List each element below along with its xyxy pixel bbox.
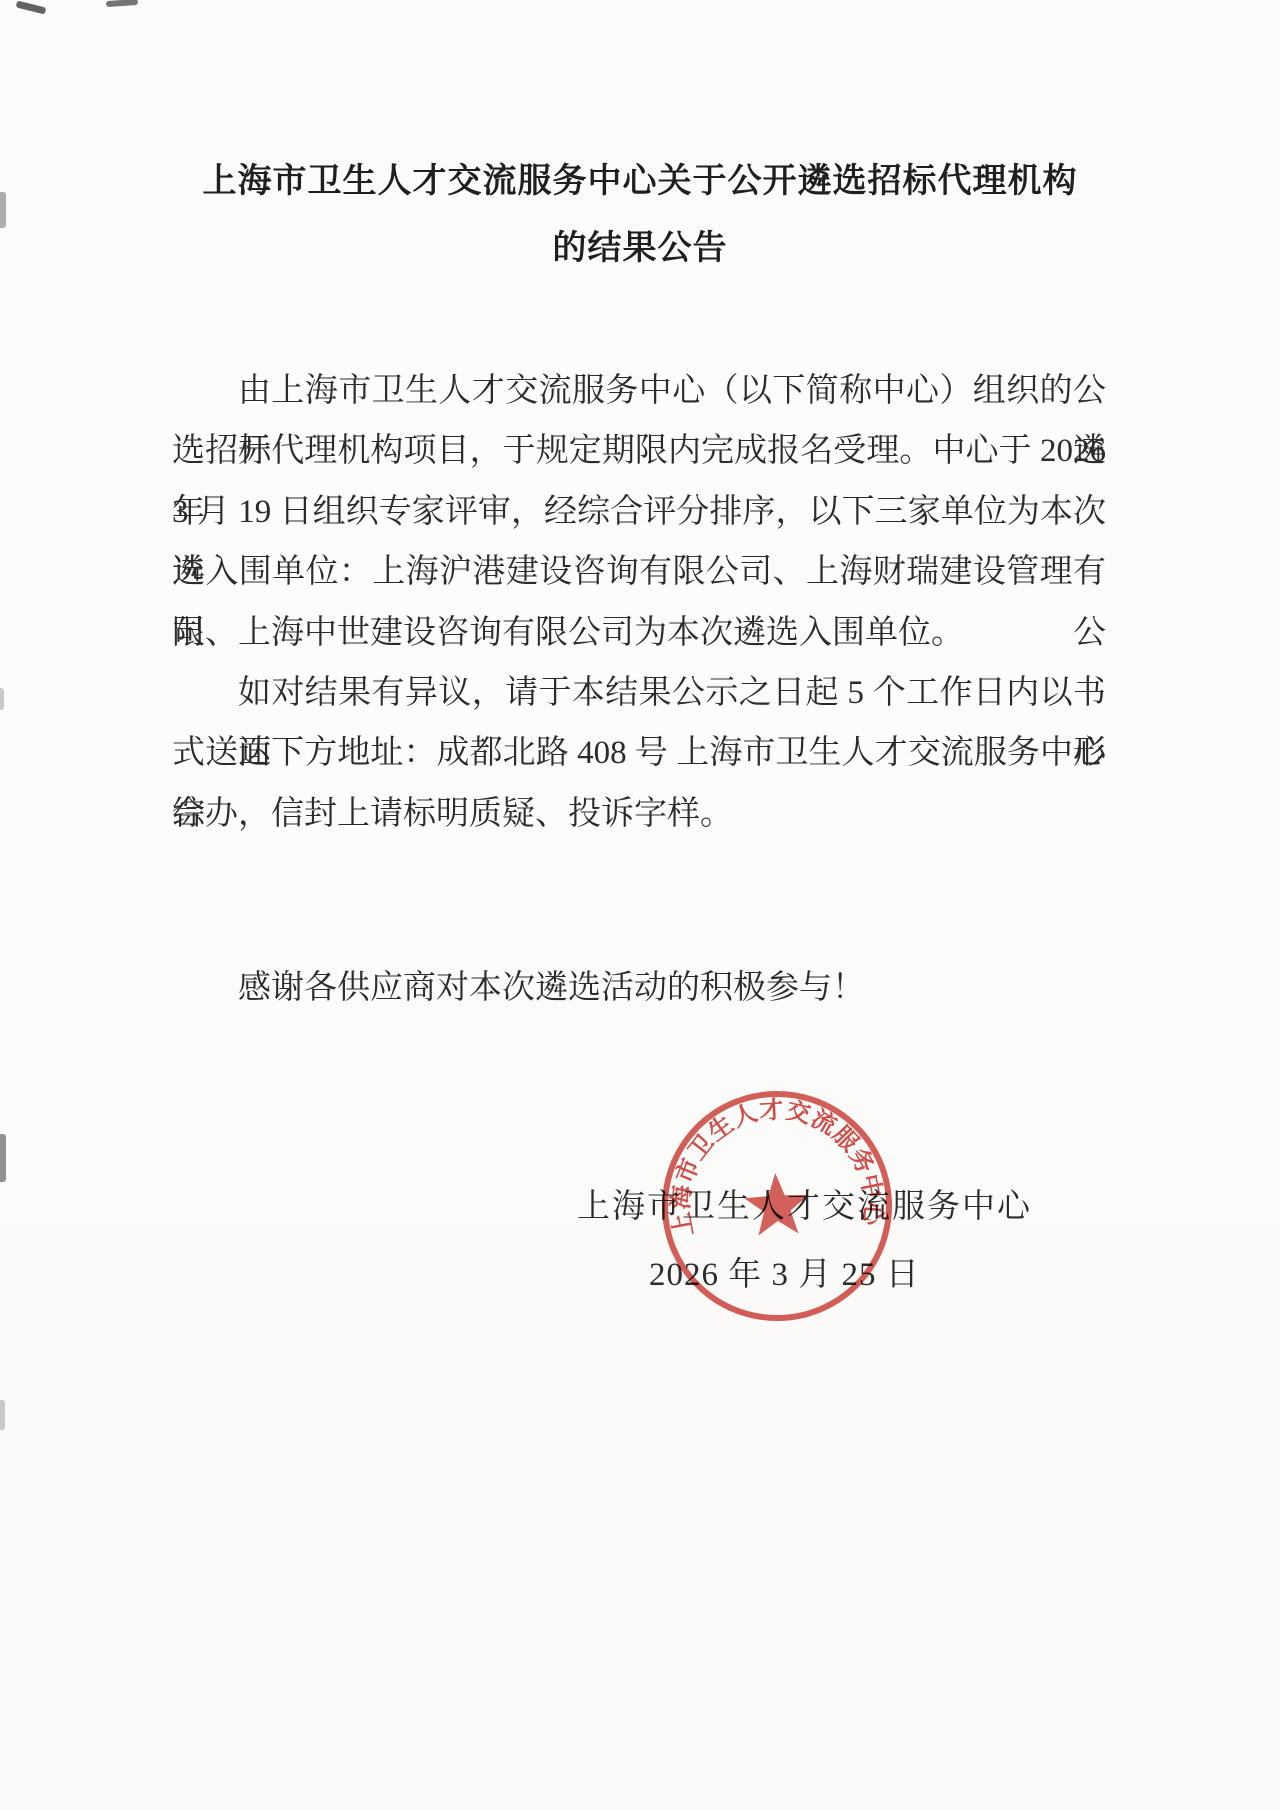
body-line: 选招标代理机构项目，于规定期限内完成报名受理。中心于 2026 年 <box>172 421 1106 481</box>
thanks-line: 感谢各供应商对本次遴选活动的积极参与！ <box>172 958 1106 1018</box>
title-line-2: 的结果公告 <box>0 215 1280 282</box>
body-line: 选入围单位：上海沪港建设咨询有限公司、上海财瑞建设管理有限公 <box>172 542 1106 602</box>
body-line: 3 月 19 日组织专家评审，经综合评分排序，以下三家单位为本次遴 <box>172 482 1106 542</box>
seal-star-icon <box>743 1171 811 1236</box>
scan-artifact <box>0 1134 6 1182</box>
body-line: 式送达下方地址：成都北路 408 号 上海市卫生人才交流服务中心综 <box>172 723 1106 783</box>
scanned-document-page: 上海市卫生人才交流服务中心关于公开遴选招标代理机构 的结果公告 由上海市卫生人才… <box>0 0 1280 1810</box>
body-line: 合办，信封上请标明质疑、投诉字样。 <box>172 784 1106 844</box>
official-seal-stamp: 上海市卫生人才交流服务中心 <box>651 1080 903 1332</box>
scan-artifact <box>0 1400 5 1430</box>
document-body: 由上海市卫生人才交流服务中心（以下简称中心）组织的公开遴 选招标代理机构项目，于… <box>172 361 1106 1019</box>
scan-artifact <box>16 0 47 14</box>
title-line-1: 上海市卫生人才交流服务中心关于公开遴选招标代理机构 <box>0 148 1280 215</box>
body-line: 由上海市卫生人才交流服务中心（以下简称中心）组织的公开遴 <box>172 361 1106 421</box>
body-line: 如对结果有异议，请于本结果公示之日起 5 个工作日内以书面形 <box>172 663 1106 723</box>
document-title: 上海市卫生人才交流服务中心关于公开遴选招标代理机构 的结果公告 <box>0 148 1280 282</box>
scan-artifact <box>0 688 4 710</box>
scan-artifact <box>106 0 138 7</box>
